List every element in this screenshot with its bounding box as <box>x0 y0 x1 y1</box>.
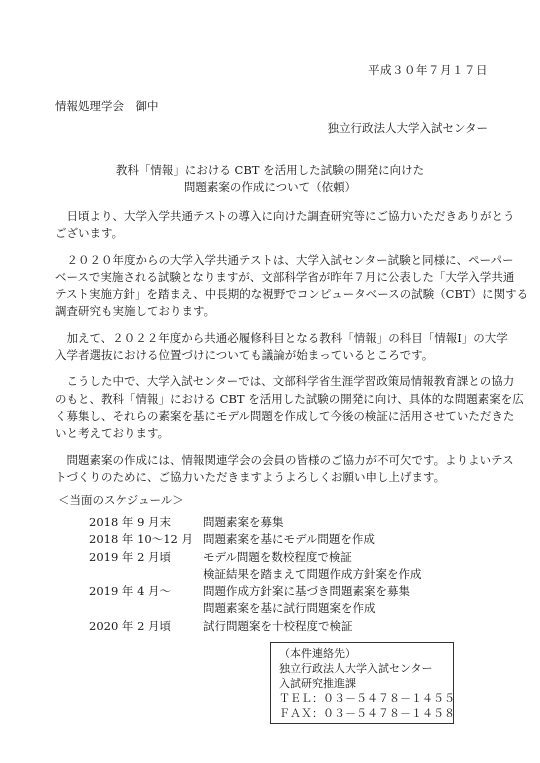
schedule-row: 2019 年 2 月頃 モデル問題を数校程度で検証 <box>89 549 422 566</box>
schedule-task: 問題素案を募集 <box>203 514 284 531</box>
letter-date: 平成３０年７月１７日 <box>368 62 488 78</box>
paragraph-line: 加えて、２０２２年度から共通必履修科目となる教科「情報」の科目「情報Ⅰ」の大学 <box>55 330 495 347</box>
contact-fax: ＦＡＸ：０３－５４７８－１４５８ <box>279 706 453 721</box>
paragraph-line: いと考えております。 <box>44 425 496 442</box>
paragraph-line: ございます。 <box>44 225 496 242</box>
schedule-task: 問題素案を基に試行問題案を作成 <box>203 600 376 617</box>
paragraph-line: のもと、教科「情報」における CBT を活用した試験の開発に向け、具体的な問題素… <box>44 391 496 408</box>
paragraph-closing: 問題素案の作成には、情報関連学会の会員の皆様のご協力が不可欠です。よりよいテス … <box>55 452 495 487</box>
schedule-date: 2020 年 2 月頃 <box>89 618 203 635</box>
paragraph-line: 問題素案の作成には、情報関連学会の会員の皆様のご協力が不可欠です。よりよいテス <box>55 452 495 469</box>
schedule-date: 2018 年 10～12 月 <box>89 531 203 548</box>
schedule-task: 試行問題案を十校程度で検証 <box>203 618 353 635</box>
schedule-row: 問題素案を基に試行問題案を作成 <box>89 600 422 617</box>
paragraph-request: こうした中で、大学入試センターでは、文部科学省生涯学習政策局情報教育課との協力 … <box>55 373 495 442</box>
paragraph-line: ２０２０年度からの大学入学共通テストは、大学入試センター試験と同様に、ペーパー <box>55 252 495 269</box>
paragraph-line: 入学者選抜における位置づけについても議論が始まっているところです。 <box>44 347 496 364</box>
schedule-row: 2020 年 2 月頃 試行問題案を十校程度で検証 <box>89 618 422 635</box>
paragraph-line: 日頃より、大学入学共通テストの導入に向けた調査研究等にご協力いただきありがとう <box>55 208 495 225</box>
schedule-row: 検証結果を踏まえて問題作成方針案を作成 <box>89 566 422 583</box>
letter-body: 日頃より、大学入学共通テストの導入に向けた調査研究等にご協力いただきありがとう … <box>55 208 495 495</box>
contact-department: 入試研究推進課 <box>279 676 453 691</box>
paragraph-line: こうした中で、大学入試センターでは、文部科学省生涯学習政策局情報教育課との協力 <box>55 373 495 390</box>
paragraph-line: 調査研究も実施しております。 <box>44 303 496 320</box>
schedule-task: 問題素案を基にモデル問題を作成 <box>203 531 375 548</box>
schedule-task: 問題作成方針案に基づき問題素案を募集 <box>203 583 410 600</box>
contact-organization: 独立行政法人大学入試センター <box>279 661 453 676</box>
schedule-date: 2019 年 2 月頃 <box>89 549 203 566</box>
paragraph-line: ベースで実施される試験となりますが、文部科学省が昨年７月に公表した「大学入学共通 <box>44 269 496 286</box>
contact-heading: （本件連絡先） <box>279 646 453 661</box>
schedule-heading: ＜当面のスケジュール＞ <box>58 492 184 508</box>
contact-tel: ＴＥＬ：０３－５４７８－１４５５ <box>279 691 453 706</box>
paragraph-greeting: 日頃より、大学入学共通テストの導入に向けた調査研究等にご協力いただきありがとう … <box>55 208 495 243</box>
contact-box: （本件連絡先） 独立行政法人大学入試センター 入試研究推進課 ＴＥＬ：０３－５４… <box>270 642 454 724</box>
schedule-row: 2018 年 10～12 月 問題素案を基にモデル問題を作成 <box>89 531 422 548</box>
schedule-task: モデル問題を数校程度で検証 <box>203 549 352 566</box>
schedule-date: 2018 年 9 月末 <box>89 514 203 531</box>
addressee: 情報処理学会 御中 <box>55 98 159 114</box>
schedule-row: 2018 年 9 月末 問題素案を募集 <box>89 514 422 531</box>
paragraph-information-subject: 加えて、２０２２年度から共通必履修科目となる教科「情報」の科目「情報Ⅰ」の大学 … <box>55 330 495 365</box>
schedule-table: 2018 年 9 月末 問題素案を募集 2018 年 10～12 月 問題素案を… <box>89 514 422 635</box>
title-line: 問題素案の作成について（依頼） <box>0 179 540 196</box>
paragraph-line: く募集し、それらの素案を基にモデル問題を作成して今後の検証に活用させていただきた <box>44 408 496 425</box>
sender: 独立行政法人大学入試センター <box>327 120 488 136</box>
schedule-date: 2019 年 4 月～ <box>89 583 203 600</box>
schedule-task: 検証結果を踏まえて問題作成方針案を作成 <box>203 566 422 583</box>
paragraph-common-test: ２０２０年度からの大学入学共通テストは、大学入試センター試験と同様に、ペーパー … <box>55 252 495 321</box>
paragraph-line: トづくりのために、ご協力いただきますようよろしくお願い申し上げます。 <box>44 469 496 486</box>
letter-title: 教科「情報」における CBT を活用した試験の開発に向けた 問題素案の作成につい… <box>0 162 540 196</box>
schedule-date <box>89 566 203 583</box>
paragraph-line: テスト実施方針」を踏まえ、中長期的な視野でコンピュータベースの試験（CBT）に関… <box>44 286 496 303</box>
title-line: 教科「情報」における CBT を活用した試験の開発に向けた <box>0 162 540 179</box>
schedule-date <box>89 600 203 617</box>
schedule-row: 2019 年 4 月～ 問題作成方針案に基づき問題素案を募集 <box>89 583 422 600</box>
